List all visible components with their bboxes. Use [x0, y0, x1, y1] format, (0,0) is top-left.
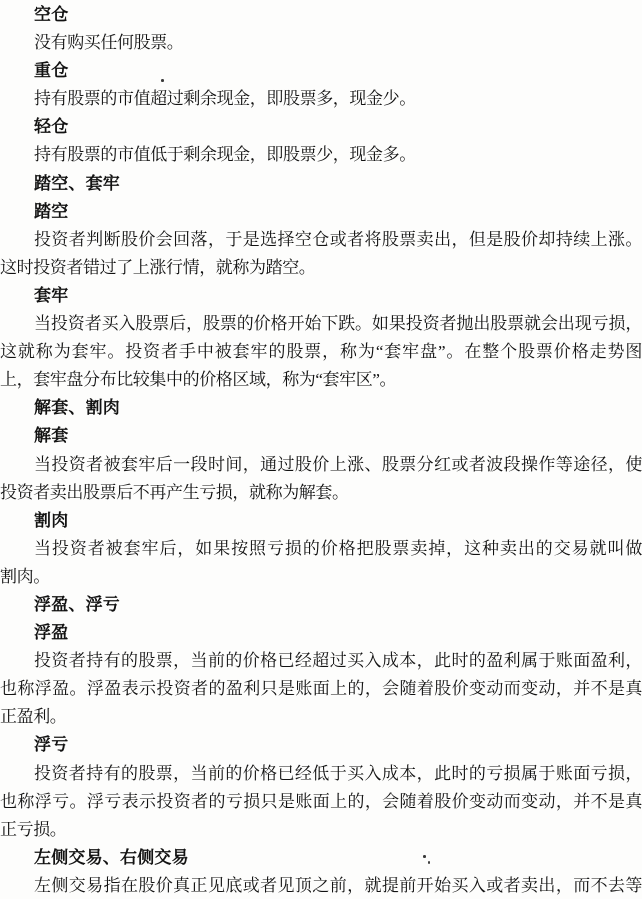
- ink-speck: [428, 861, 430, 864]
- body-text-line: 正亏损。: [0, 816, 642, 844]
- glossary-term-heading: 踏空: [0, 198, 642, 226]
- glossary-term-heading: 浮亏: [0, 731, 642, 759]
- body-text-line: 上，套牢盘分布比较集中的价格区域，称为“套牢区”。: [0, 366, 642, 394]
- body-text-line: 投资者卖出股票后不再产生亏损，就称为解套。: [0, 479, 642, 507]
- book-page: 空仓没有购买任何股票。重仓持有股票的市值超过剩余现金，即股票多，现金少。轻仓持有…: [0, 0, 642, 899]
- glossary-term-heading: 浮盈、浮亏: [0, 591, 642, 619]
- glossary-term-heading: 套牢: [0, 282, 642, 310]
- body-text-line: 也称浮亏。浮亏表示投资者的亏损只是账面上的，会随着股价变动而变动，并不是真: [0, 788, 642, 816]
- body-text-line: 也称浮盈。浮盈表示投资者的盈利只是账面上的，会随着股价变动而变动，并不是真: [0, 675, 642, 703]
- ink-speck: [423, 855, 426, 858]
- body-text-line: 这就称为套牢。投资者手中被套牢的股票，称为“套牢盘”。在整个股票价格走势图: [0, 338, 642, 366]
- body-text-line: 持有股票的市值超过剩余现金，即股票多，现金少。: [0, 85, 642, 113]
- glossary-term-heading: 重仓: [0, 57, 642, 85]
- glossary-term-heading: 踏空、套牢: [0, 170, 642, 198]
- glossary-term-heading: 左侧交易、右侧交易: [0, 844, 642, 872]
- body-text-line: 这时投资者错过了上涨行情，就称为踏空。: [0, 254, 642, 282]
- glossary-term-heading: 解套、割肉: [0, 394, 642, 422]
- body-text-line: 没有购买任何股票。: [0, 29, 642, 57]
- body-text-line: 左侧交易指在股价真正见底或者见顶之前，就提前开始买入或者卖出，而不去等: [0, 872, 642, 899]
- glossary-term-heading: 解套: [0, 422, 642, 450]
- body-text-line: 当投资者被套牢后，如果按照亏损的价格把股票卖掉，这种卖出的交易就叫做: [0, 535, 642, 563]
- glossary-term-heading: 割肉: [0, 507, 642, 535]
- body-text-line: 持有股票的市值低于剩余现金，即股票少，现金多。: [0, 141, 642, 169]
- ink-speck: [161, 79, 164, 82]
- body-text-line: 当投资者被套牢后一段时间，通过股价上涨、股票分红或者波段操作等途径，使: [0, 451, 642, 479]
- body-text-line: 割肉。: [0, 563, 642, 591]
- body-text-line: 投资者持有的股票，当前的价格已经超过买入成本，此时的盈利属于账面盈利，: [0, 647, 642, 675]
- body-text-line: 当投资者买入股票后，股票的价格开始下跌。如果投资者抛出股票就会出现亏损，: [0, 310, 642, 338]
- body-text-line: 投资者持有的股票，当前的价格已经低于买入成本，此时的亏损属于账面亏损，: [0, 760, 642, 788]
- body-text-line: 正盈利。: [0, 703, 642, 731]
- body-text-line: 投资者判断股价会回落，于是选择空仓或者将股票卖出，但是股价却持续上涨。: [0, 226, 642, 254]
- page-text: 空仓没有购买任何股票。重仓持有股票的市值超过剩余现金，即股票多，现金少。轻仓持有…: [0, 1, 642, 899]
- glossary-term-heading: 浮盈: [0, 619, 642, 647]
- glossary-term-heading: 轻仓: [0, 113, 642, 141]
- glossary-term-heading: 空仓: [0, 1, 642, 29]
